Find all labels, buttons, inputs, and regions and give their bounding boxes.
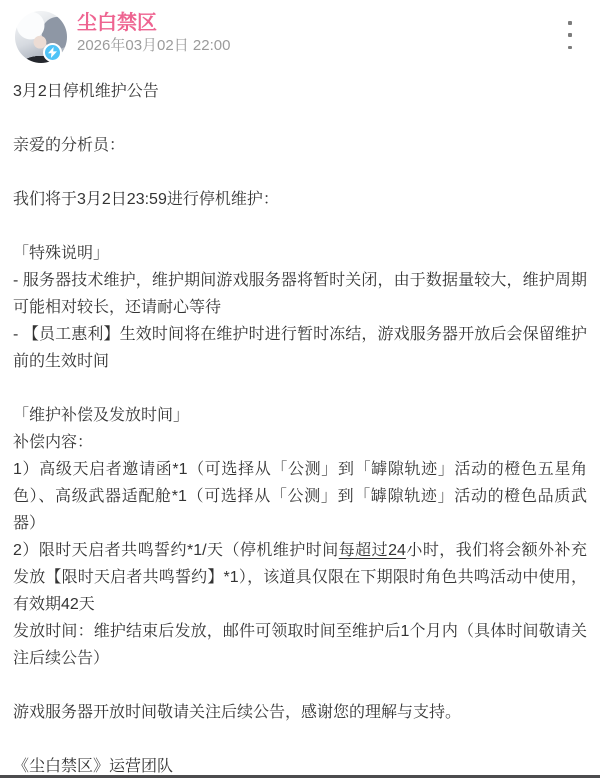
- maintenance-intro-line: 我们将于3月2日23:59进行停机维护：: [13, 186, 587, 213]
- author-meta: 尘白禁区 2026年03月02日 22:00: [77, 12, 586, 55]
- menu-dot: [568, 33, 572, 37]
- compensation-section: 「维护补偿及发放时间」 补偿内容： 1）高级天启者邀请函*1（可选择从「公测」到…: [13, 402, 587, 672]
- post-header: 尘白禁区 2026年03月02日 22:00: [0, 0, 600, 66]
- compensation-content-label: 补偿内容：: [13, 429, 587, 456]
- menu-dot: [568, 21, 572, 25]
- special-notes-section: 「特殊说明」 - 服务器技术维护，维护期间游戏服务器将暂时关闭，由于数据量较大，…: [13, 240, 587, 375]
- compensation-heading: 「维护补偿及发放时间」: [13, 402, 587, 429]
- special-note-item: - 【员工惠利】生效时间将在维护时进行暂时冻结，游戏服务器开放后会保留维护前的生…: [13, 321, 587, 375]
- post-timestamp: 2026年03月02日 22:00: [77, 37, 586, 55]
- more-options-icon[interactable]: [562, 19, 578, 51]
- compensation-item-2: 2）限时天启者共鸣誓约*1/天（停机维护时间每超过24小时，我们将会额外补充发放…: [13, 537, 587, 618]
- greeting-line: 亲爱的分析员：: [13, 132, 587, 159]
- closing-note: 游戏服务器开放时间敬请关注后续公告，感谢您的理解与支持。: [13, 699, 587, 726]
- post-title: 3月2日停机维护公告: [13, 78, 587, 105]
- special-notes-heading: 「特殊说明」: [13, 240, 587, 267]
- verified-badge-icon: [43, 43, 62, 62]
- compensation-item-1: 1）高级天启者邀请函*1（可选择从「公测」到「罅隙轨迹」活动的橙色五星角色）、高…: [13, 456, 587, 537]
- post-content: 3月2日停机维护公告 亲爱的分析员： 我们将于3月2日23:59进行停机维护： …: [0, 78, 600, 778]
- post-card: 尘白禁区 2026年03月02日 22:00 3月2日停机维护公告 亲爱的分析员…: [0, 0, 600, 778]
- menu-dot: [568, 46, 572, 50]
- issue-time-line: 发放时间：维护结束后发放，邮件可领取时间至维护后1个月内（具体时间敬请关注后续公…: [13, 618, 587, 672]
- username-link[interactable]: 尘白禁区: [77, 12, 157, 34]
- compensation-item-2-pre: 2）限时天启者共鸣誓约*1/天（停机维护时间: [13, 542, 339, 559]
- special-note-item: - 服务器技术维护，维护期间游戏服务器将暂时关闭，由于数据量较大，维护周期可能相…: [13, 267, 587, 321]
- compensation-item-2-underlined: 每超过24: [339, 542, 406, 559]
